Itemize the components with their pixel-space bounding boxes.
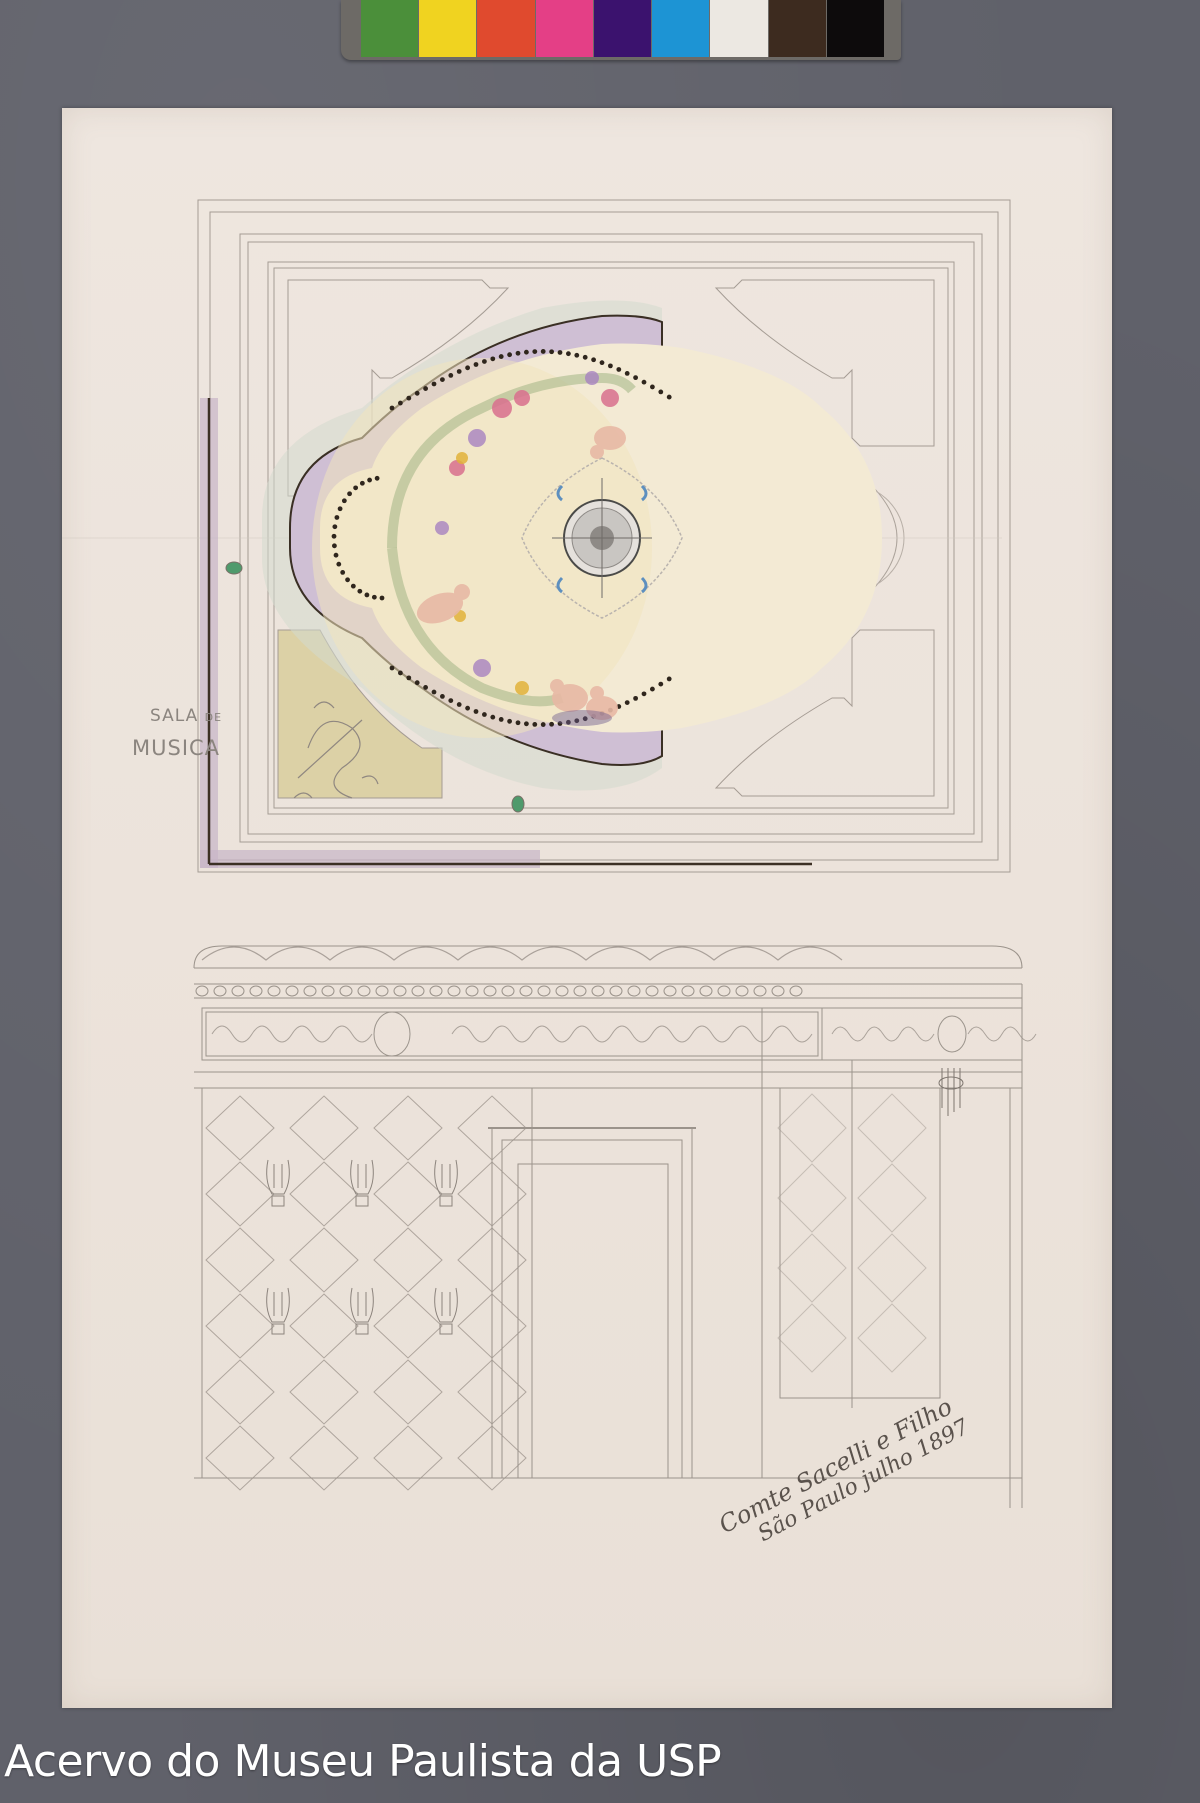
room-label-sala-text: SALA	[150, 706, 198, 726]
swatch-brown	[769, 0, 826, 57]
swatch-green	[361, 0, 418, 57]
swatch-white	[710, 0, 767, 57]
room-label-musica: MUSICA	[132, 736, 220, 760]
room-label-de-text: DE	[205, 711, 222, 724]
swatch-black	[827, 0, 884, 57]
swatch-yellow	[419, 0, 476, 57]
swatch-violet	[594, 0, 651, 57]
color-checker-strip	[341, 0, 901, 60]
lilac-border-bottom	[200, 850, 540, 868]
swatch-red	[477, 0, 534, 57]
swatch-cyan	[652, 0, 709, 57]
collection-caption: Acervo do Museu Paulista da USP	[4, 1736, 721, 1787]
drawing-paper: SALA DE MUSICA Comte Sacelli e Filho São…	[62, 108, 1112, 1708]
swatch-magenta	[536, 0, 593, 57]
room-label-sala: SALA DE	[150, 706, 222, 726]
